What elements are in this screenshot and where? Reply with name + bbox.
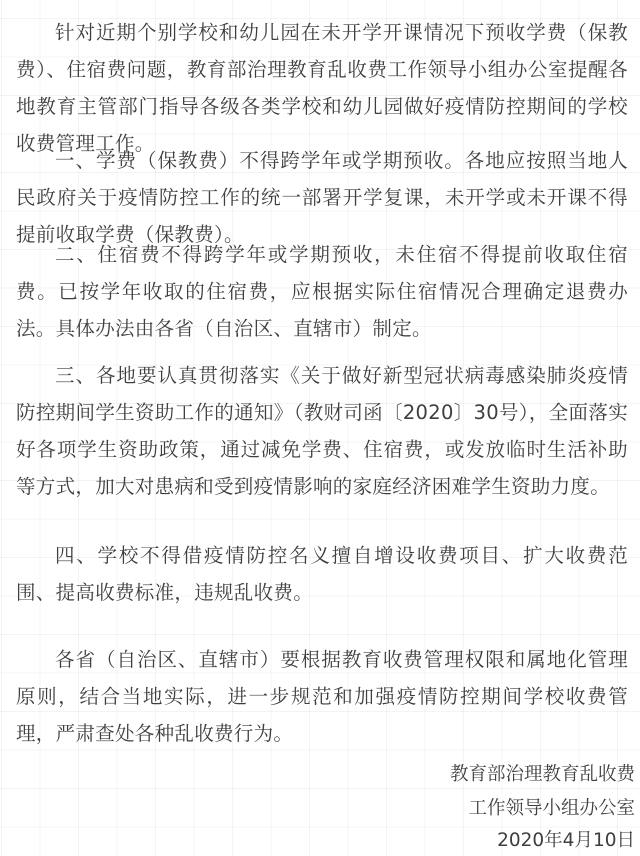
issuer-line-2: 工作领导小组办公室 [335, 792, 635, 826]
notice-document: 针对近期个别学校和幼儿园在未开学开课情况下预收学费（保教费）、住宿费问题，教育部… [0, 0, 640, 856]
issue-date: 2020年4月10日 [335, 824, 635, 856]
rule-2-accommodation-paragraph: 二、住宿费不得跨学年或学期预收，未住宿不得提前收取住宿费。已按学年收取的住宿费，… [16, 236, 628, 347]
closing-paragraph: 各省（自治区、直辖市）要根据教育收费管理权限和属地化管理原则，结合当地实际，进一… [16, 641, 628, 752]
intro-paragraph: 针对近期个别学校和幼儿园在未开学开课情况下预收学费（保教费）、住宿费问题，教育部… [16, 14, 628, 162]
issuer-line-1: 教育部治理教育乱收费 [335, 758, 635, 792]
rule-3-student-aid-paragraph: 三、各地要认真贯彻落实《关于做好新型冠状病毒感染肺炎疫情防控期间学生资助工作的通… [16, 357, 628, 505]
rule-4-no-extra-fees-paragraph: 四、学校不得借疫情防控名义擅自增设收费项目、扩大收费范围、提高收费标准，违规乱收… [16, 537, 628, 611]
